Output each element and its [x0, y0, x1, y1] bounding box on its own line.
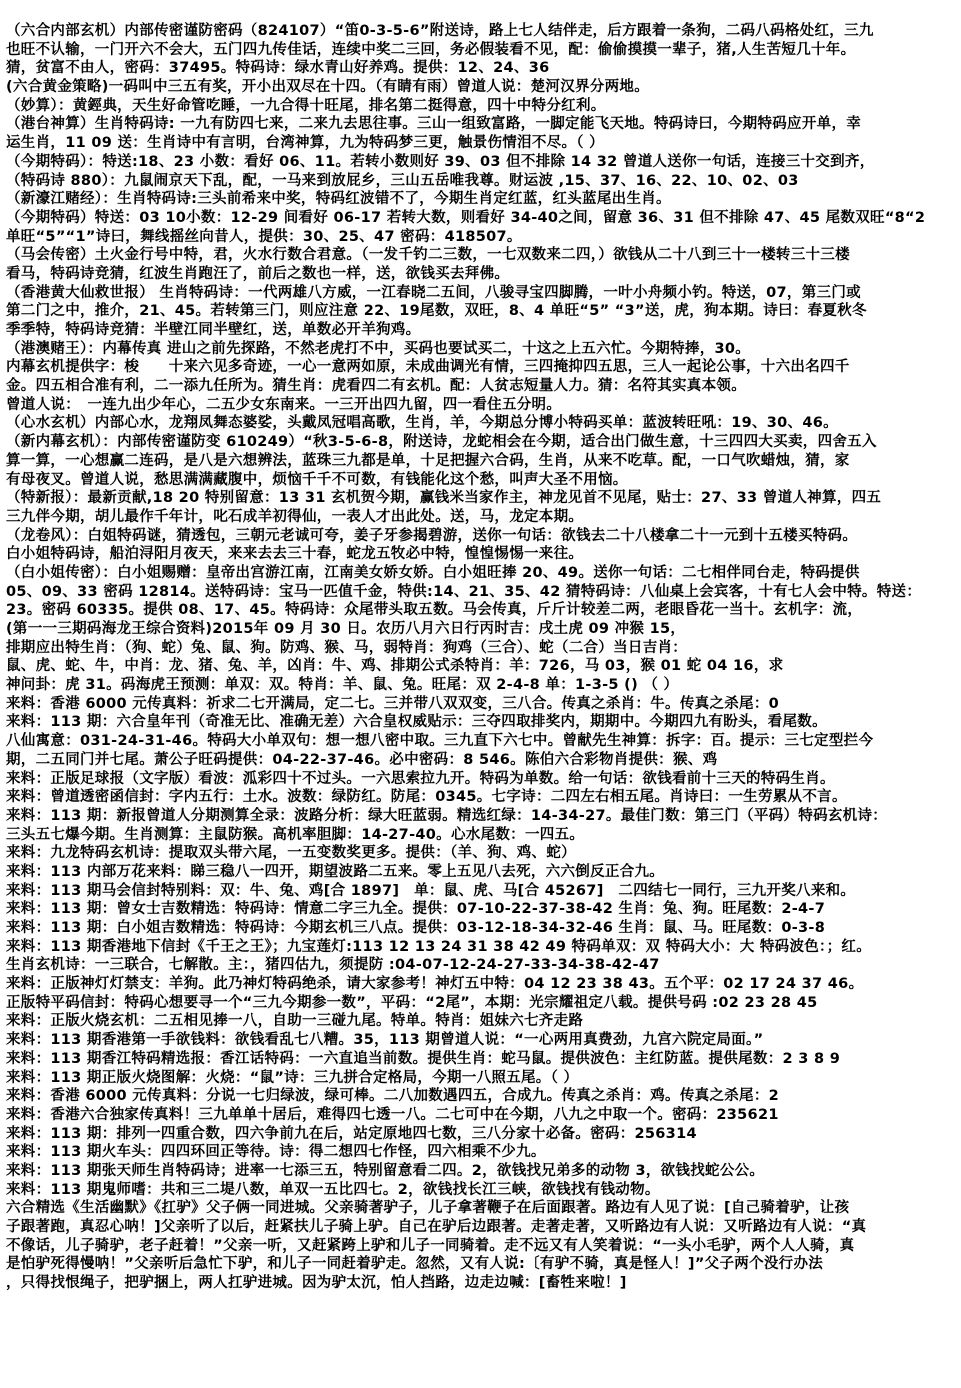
text-line: （特新报）：最新贡献,18 20 特别留意：13 31 玄机贺今期，赢钱米当家作… [6, 489, 959, 508]
text-line: 来料：113 期正版火烧图解：火烧：“鼠”诗：三九拼合定格局，今期一八照五尾。（… [6, 1069, 959, 1088]
text-line: 生肖玄机诗：一三联合，七解散。主：，猪四估九，须提防 :04-07-12-24-… [6, 956, 959, 975]
text-line: 来料：正版神灯灯禁支：羊狗。此乃神灯特码绝杀，请大家参考！神灯五中特：04 12… [6, 975, 959, 994]
text-line: 来料：香港 6000 元传真料：祈求二七开满局，定二七。三并带八双双变，三八合。… [6, 695, 959, 714]
text-line: 三头五七爆今期。生肖测算：主鼠防猴。高机率胆脚：14-27-40。心水尾数：一四… [6, 826, 959, 845]
text-line: 来料：113 期火车头：四四环回正等待。诗：得二想四七作怪，四六相乘不少九。 [6, 1143, 959, 1162]
text-line: 来料：113 期张天师生肖特码诗；进率一七添三五，特别留意看二四。2，欲钱找兄弟… [6, 1162, 959, 1181]
text-line: 是怕驴死得慢呐！”父亲听后急忙下驴，和儿子一同赶着驴走。忽然，又有人说:〔有驴不… [6, 1255, 959, 1274]
text-line: 来料：113 期马会信封特别料：双：牛、兔、鸡[合 1897] 单：鼠、虎、马[… [6, 882, 959, 901]
text-line: 八仙寓意：031-24-31-46。特码大小单双句：想一想八密中取。三九直下六七… [6, 732, 959, 751]
text-line: 来料：113 期香港地下信封《千王之王》；九宝莲灯:113 12 13 24 3… [6, 938, 959, 957]
text-line: 白小姐特码诗，船泊浔阳月夜天，来来去去三十春，蛇龙五牧必中特，惶惶惕惕一来往。 [6, 545, 959, 564]
text-line: 来料：九龙特码玄机诗：提取双头带六尾，一五变数奖更多。提供：（羊、狗、鸡、蛇） [6, 844, 959, 863]
text-line: （特码诗 880）：九鼠闹京天下乱，配，一马来到放屁乡，三山五岳唯我尊。财运波 … [6, 172, 959, 191]
text-line: 金。四五相合准有利，二一添九任所为。猜生肖：虎看四二有玄机。配：人贫志短量人力。… [6, 377, 959, 396]
text-line: 三九伴今期，胡儿最作千年计，叱石成羊初得仙，一表人才出此处。送，马，龙定本期。 [6, 508, 959, 527]
text-line: ，只得找恨绳子，把驴捆上，两人扛驴进城。因为驴太沉，怕人挡路，边走边喊：[畜牲来… [6, 1274, 959, 1293]
text-line: 看马，特码诗竞猜，红波生肖跑汪了，前后之数也一样，送，欲钱买去拜佛。 [6, 265, 959, 284]
text-line: 不像话，儿子骑驴，老子赶着！”父亲一听，又赶紧跨上驴和儿子一同骑着。走不远又有人… [6, 1237, 959, 1256]
text-line: 算一算，一心想赢二连码，是八是六想辨法，蓝珠三九都是单，十足把握六合码，生肖，从… [6, 452, 959, 471]
text-line: 猜，贫富不由人，密码：37495。特码诗：绿水青山好养鸡。提供：12、24、36 [6, 59, 959, 78]
text-line: 来料：113 内部万花来料：睇三稳八一四开，期望波路二五来。零上五见八去死，六六… [6, 863, 959, 882]
text-line: 也旺不认输，一门开六不会大，五门四九传佳话，连续中奖二三回，务必假装看不见，配：… [6, 41, 959, 60]
text-line: （今期特码）：特送:18、23 小数：看好 06、11。若转小数则好 39、03… [6, 153, 959, 172]
text-content: （六合内部玄机）内部传密谨防密码（824107）“笛0-3-5-6”附送诗，路上… [6, 22, 959, 1293]
text-line: (六合黄金策略)一码叫中三五有奖，开小出双尽在十四。（有睛有雨）曾道人说：楚河汉… [6, 78, 959, 97]
text-line: 鼠、虎、蛇、牛，中肖：龙、猪、兔、羊，凶肖：牛、鸡、排期公式杀特肖：羊：726，… [6, 657, 959, 676]
text-line: （白小姐传密）：白小姐赐赠：皇帝出宫游江南，江南美女娇女娇。白小姐旺捧 20、4… [6, 564, 959, 583]
text-line: 来料：113 期：六合皇年刊（奇准无比、准确无差）六合皇权威贴示：三夺四取排奖内… [6, 713, 959, 732]
text-line: 内幕玄机提供字：梭 十来六见多奇迹，一心一意两如原，未成曲调光有情，三四掩抑四五… [6, 358, 959, 377]
text-line: 神问卦：虎 31。码海虎王预测：单双：双。特肖：羊、鼠、兔。旺尾：双 2-4-8… [6, 676, 959, 695]
text-line: 来料：113 期鬼师嗜：共和三二堤八数，单双一五比四七。2，欲钱找长江三峡，欲钱… [6, 1181, 959, 1200]
document-page: （六合内部玄机）内部传密谨防密码（824107）“笛0-3-5-6”附送诗，路上… [0, 0, 961, 1388]
text-line: （马会传密）土火金行号中特，君，火水行数合君意。（一发千钓二三数，一七双数来二四… [6, 246, 959, 265]
text-line: 有母夜叉。曾道人说，愁思满满藏腹中，烦恼千千不可数，有钱能化这个愁，叫声大圣不用… [6, 471, 959, 490]
text-line: 排期应出特生肖：（狗、蛇）兔、鼠、狗。防鸡、猴、马，弱特肖：狗鸡（三合）、蛇（二… [6, 639, 959, 658]
text-line: 来料：正版足球报（文字版）看波：泒彩四十不过头。一六思索拉九开。特码为单数。给一… [6, 770, 959, 789]
text-line: 来料：香港 6000 元传真料：分说一七归绿波，绿可棒。二八加数遇四五，合成九。… [6, 1087, 959, 1106]
text-line: 来料：113 期香港第一手欲钱料：欲钱看乱七八糟。35，113 期曾道人说：“一… [6, 1031, 959, 1050]
text-line: 来料：113 期：白小姐吉数精选：特码诗：今期玄机三八点。提供：03-12-18… [6, 919, 959, 938]
text-line: 曾道人说： 一连九出少年心，二五少女东南来。一三开出四九留，四一看住五分明。 [6, 396, 959, 415]
text-line: 运生肖，11 09 送：生肖诗中有言明，台湾神算，九为特码梦三更，触景伤情泪不尽… [6, 134, 959, 153]
text-line: (第一一三期码海龙王综合资料)2015年 09 月 30 日。农历八月六日行丙时… [6, 620, 959, 639]
text-line: 来料：正版火烧玄机：二五相见捧一八，自助一三碰九尾。特单。特肖：姐妹六七齐走路 [6, 1012, 959, 1031]
text-line: 来料：113 期：曾女士吉数精选：特码诗：情意二字三九全。提供：07-10-22… [6, 900, 959, 919]
text-line: 来料：113 期香江特码精选报：香江话特码：一六直追当前数。提供生肖：蛇马鼠。提… [6, 1050, 959, 1069]
text-line: 正版特平码信封：特码心想要寻一个“三九今期参一数”，平码：“2尾”，本期：光宗耀… [6, 994, 959, 1013]
text-line: （香港黄大仙救世报） 生肖特码诗：一代两雄八方威，一江春晓二五间，八骏寻宝四脚腾… [6, 284, 959, 303]
text-line: 季季特，特码诗竞猜：半壁江同半壁红，送，单数必开羊狗鸡。 [6, 321, 959, 340]
text-line: 单旺“5”“1”诗曰，舞线摇丝向昔人，提供：30、25、47 密码：418507… [6, 228, 959, 247]
text-line: 来料：113 期：排列一四重合数，四六争前九在后，站定原地四七数，三八分家十必备… [6, 1125, 959, 1144]
text-line: （龙卷风）：白姐特码谜，猜透包，三朝元老诚可夸，姜子牙参揭碧游，送你一句话：欲钱… [6, 527, 959, 546]
text-line: （妙算）：黄鋞典，天生好命管吃睡，一九合得十旺尾，排名第二挺得意，四十中特分红利… [6, 97, 959, 116]
text-line: 期，二五同门并七尾。萧公子旺码提供：04-22-37-46。必中密码：8 546… [6, 751, 959, 770]
text-line: 23。密码 60335。提供 08、17、45。特码诗：众尾带头取五数。马会传真… [6, 601, 959, 620]
text-line: （心水玄机）内部心水，龙翔凤舞态婆娑，头戴凤冠唱高歌，生肖，羊，今期总分博小特码… [6, 414, 959, 433]
text-line: （港澳赌王）：内幕传真 进山之前先探路，不然老虎打不中，买码也要试买二，十这之上… [6, 340, 959, 359]
text-line: （港台神算）生肖特码诗: 一九有防四七来，二来九去思往事。三山一组致富路，一脚定… [6, 115, 959, 134]
text-line: 第二门之中，推介，21、45。若转第三门，则应注意 22、19尾数，双旺，8、4… [6, 302, 959, 321]
text-line: （今期特码）特送：03 10小数：12-29 间看好 06-17 若转大数，则看… [6, 209, 959, 228]
text-line: 六合精选《生活幽默》《扛驴》父子俩一同进城。父亲骑著驴子，儿子拿著鞭子在后面跟著… [6, 1199, 959, 1218]
text-line: （新内幕玄机）：内部传密谨防变 610249）“秋3-5-6-8，附送诗，龙蛇相… [6, 433, 959, 452]
text-line: 05、09、33 密码 12814。送特码诗：宝马一匹值千金，特供:14、21、… [6, 583, 959, 602]
text-line: （六合内部玄机）内部传密谨防密码（824107）“笛0-3-5-6”附送诗，路上… [6, 22, 959, 41]
text-line: 来料：曾道透密函信封：字内五行：土水。波数：绿防红。防尾：0345。七字诗：二四… [6, 788, 959, 807]
text-line: 来料：113 期：新报曾道人分期测算全录：波路分析：绿大旺蓝弱。精选红绿：14-… [6, 807, 959, 826]
text-line: （新濠江赌经）：生肖特码诗:三头前希来中奖，特码红波错不了，今期生肖定红蓝，红头… [6, 190, 959, 209]
text-line: 来料：香港六合独家传真料！三九单单十居后，难得四七透一八。二七可中在今期，八九之… [6, 1106, 959, 1125]
text-line: 子跟著跑，真忍心呐！]父亲听了以后，赶紧扶儿子骑上驴。自己在驴后边跟著。走著走著… [6, 1218, 959, 1237]
